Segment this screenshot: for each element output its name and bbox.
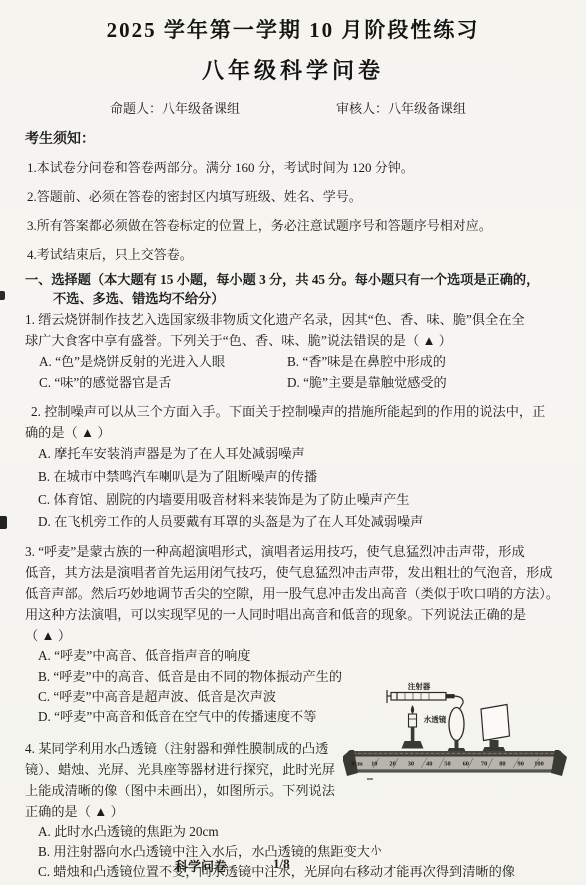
q1-option-d: D. “脆”主要是靠触觉感受的 (287, 372, 561, 393)
ruler-tick: 90 (518, 761, 524, 768)
q3-stem-line2: 低音，其方法是演唱者首先运用闭气技巧，使气息猛烈冲击声带，发出粗壮的气泡音，形成 (25, 562, 561, 583)
section-heading: 一、选择题（本大题有 15 小题，每小题 3 分，共 45 分。每小题只有一个选… (25, 271, 561, 308)
setter-label: 命题人：八年级备课组 (110, 98, 240, 117)
question-2: 2. 控制噪声可以从三个方面入手。下面关于控制噪声的措施所能起到的作用的说法中，… (25, 401, 561, 534)
screen-icon (481, 705, 510, 753)
section-heading-line2: 不选、多选、错选均不给分） (25, 290, 561, 309)
byline: 命题人：八年级备课组 审核人：八年级备课组 (25, 98, 561, 117)
notice-item-1: 1.本试卷分问卷和答卷两部分。满分 160 分，考试时间为 120 分钟。 (27, 148, 561, 177)
scan-artifact (0, 291, 5, 300)
question-1: 1. 缙云烧饼制作技艺入选国家级非物质文化遗产名录，因其“色、香、味、脆”俱全在… (25, 309, 561, 393)
q1-stem-line2: 球广大食客中享有盛誉。下列关于“色、香、味、脆”说法错误的是（ ▲ ） (25, 330, 561, 351)
q4-stem-line3: 上能成清晰的像（图中未画出），如图所示。下列说法 (25, 780, 351, 801)
q4-option-a: A. 此时水凸透镜的焦距为 20cm (25, 822, 351, 842)
q3-stem-line1: 3. “呼麦”是蒙古族的一种高超演唱形式，演唱者运用技巧，使气息猛烈冲击声带，形… (25, 541, 561, 562)
q1-options: A. “色”是烧饼反射的光进入人眼 B. “香”味是在鼻腔中形成的 C. “味”… (25, 351, 561, 393)
q4-option-b-handwritten-mark: 小 (369, 842, 382, 861)
ruler-tick: 0cm (351, 761, 363, 768)
notice-item-2: 2.答题前、必须在答卷的密封区内填写班级、姓名、学号。 (27, 177, 561, 206)
ruler-tick: 50 (444, 761, 450, 768)
q4-option-c: C. 蜡烛和凸透镜位置不变，向水透镜中注水，光屏向右移动才能再次得到清晰的像 (25, 863, 561, 881)
q3-option-a: A. “呼麦”中高音、低音指声音的响度 (25, 646, 561, 666)
ruler-tick: 40 (426, 761, 432, 768)
q4-optical-bench-figure: 注射器 水透镜 (343, 680, 584, 802)
ruler-tick: 70 (481, 761, 487, 768)
notice-item-3: 3.所有答案都必须做在答卷标定的位置上，务必注意试题序号和答题序号相对应。 (27, 206, 561, 235)
ruler-tick: 20 (389, 761, 395, 768)
q2-option-a: A. 摩托车安装消声器是为了在人耳处减弱噪声 (25, 443, 561, 466)
q4-stem-line1: 4. 某同学利用水凸透镜（注射器和弹性膜制成的凸透 (25, 738, 351, 759)
q1-option-c: C. “味”的感觉器官是舌 (39, 372, 287, 393)
q1-stem-line1: 1. 缙云烧饼制作技艺入选国家级非物质文化遗产名录，因其“色、香、味、脆”俱全在… (25, 309, 561, 330)
q2-stem-line1: 2. 控制噪声可以从三个方面入手。下面关于控制噪声的措施所能起到的作用的说法中，… (25, 401, 561, 422)
q1-option-a: A. “色”是烧饼反射的光进入人眼 (39, 351, 287, 372)
ruler-tick: 60 (463, 761, 469, 768)
q2-option-d: D. 在飞机旁工作的人员要戴有耳罩的头盔是为了在人耳处减弱噪声 (25, 511, 561, 534)
syringe-label: 注射器 (408, 681, 431, 691)
scan-artifact (0, 516, 7, 529)
q3-stem-line5: （ ▲ ） (25, 625, 561, 646)
q4-stem-line4: 正确的是（ ▲ ） (25, 801, 351, 822)
candle-icon (402, 705, 424, 749)
syringe-icon (387, 690, 463, 709)
ruler-tick: 80 (499, 761, 505, 768)
footer-doc-label: 科学问卷 (175, 856, 227, 875)
q3-stem-line3: 低音声部。然后巧妙地调节舌尖的空隙，用一股气息冲击发出高音（类似于吹口哨的方法）… (25, 583, 561, 604)
notice-section: 考生须知： 1.本试卷分问卷和答卷两部分。满分 160 分，考试时间为 120 … (25, 128, 561, 264)
q2-options: A. 摩托车安装消声器是为了在人耳处减弱噪声 B. 在城市中禁鸣汽车喇叭是为了阻… (25, 443, 561, 534)
footer-page-number: 1/8 (273, 856, 290, 875)
q3-stem-line4: 用这种方法演唱，可以实现罕见的一人同时唱出高音和低音的现象。下列说法正确的是 (25, 604, 561, 625)
ruler-tick: 100 (534, 761, 544, 768)
q2-stem-line2: 确的是（ ▲ ） (25, 422, 561, 443)
q1-option-b: B. “香”味是在鼻腔中形成的 (287, 351, 561, 372)
q4-stem: 4. 某同学利用水凸透镜（注射器和弹性膜制成的凸透 镜）、蜡烛、光屏、光具座等器… (25, 738, 351, 842)
notice-item-4: 4.考试结束后，只上交答卷。 (27, 235, 561, 264)
section-heading-line1: 一、选择题（本大题有 15 小题，每小题 3 分，共 45 分。每小题只有一个选… (25, 271, 561, 290)
exam-paper-page: 2025 学年第一学期 10 月阶段性练习 八年级科学问卷 命题人：八年级备课组… (0, 0, 586, 885)
water-lens-label: 水透镜 (424, 714, 447, 724)
q4-option-b: B. 用注射器向水凸透镜中注入水后，水凸透镜的焦距变大小 (25, 843, 561, 863)
page-footer: 科学问卷 1/8 (175, 856, 290, 875)
q2-option-c: C. 体育馆、剧院的内墙要用吸音材料来装饰是为了防止噪声产生 (25, 489, 561, 512)
ruler-tick: 30 (408, 761, 414, 768)
water-lens-icon (447, 708, 467, 754)
q2-option-b: B. 在城市中禁鸣汽车喇叭是为了阻断噪声的传播 (25, 466, 561, 489)
ruler-tick: 10 (371, 761, 377, 768)
page-subtitle: 八年级科学问卷 (25, 54, 561, 85)
q4-stem-line2: 镜）、蜡烛、光屏、光具座等器材进行探究，此时光屏 (25, 759, 351, 780)
page-title: 2025 学年第一学期 10 月阶段性练习 (25, 14, 561, 44)
notice-heading: 考生须知： (25, 128, 561, 148)
reviewer-label: 审核人：八年级备课组 (336, 98, 466, 117)
